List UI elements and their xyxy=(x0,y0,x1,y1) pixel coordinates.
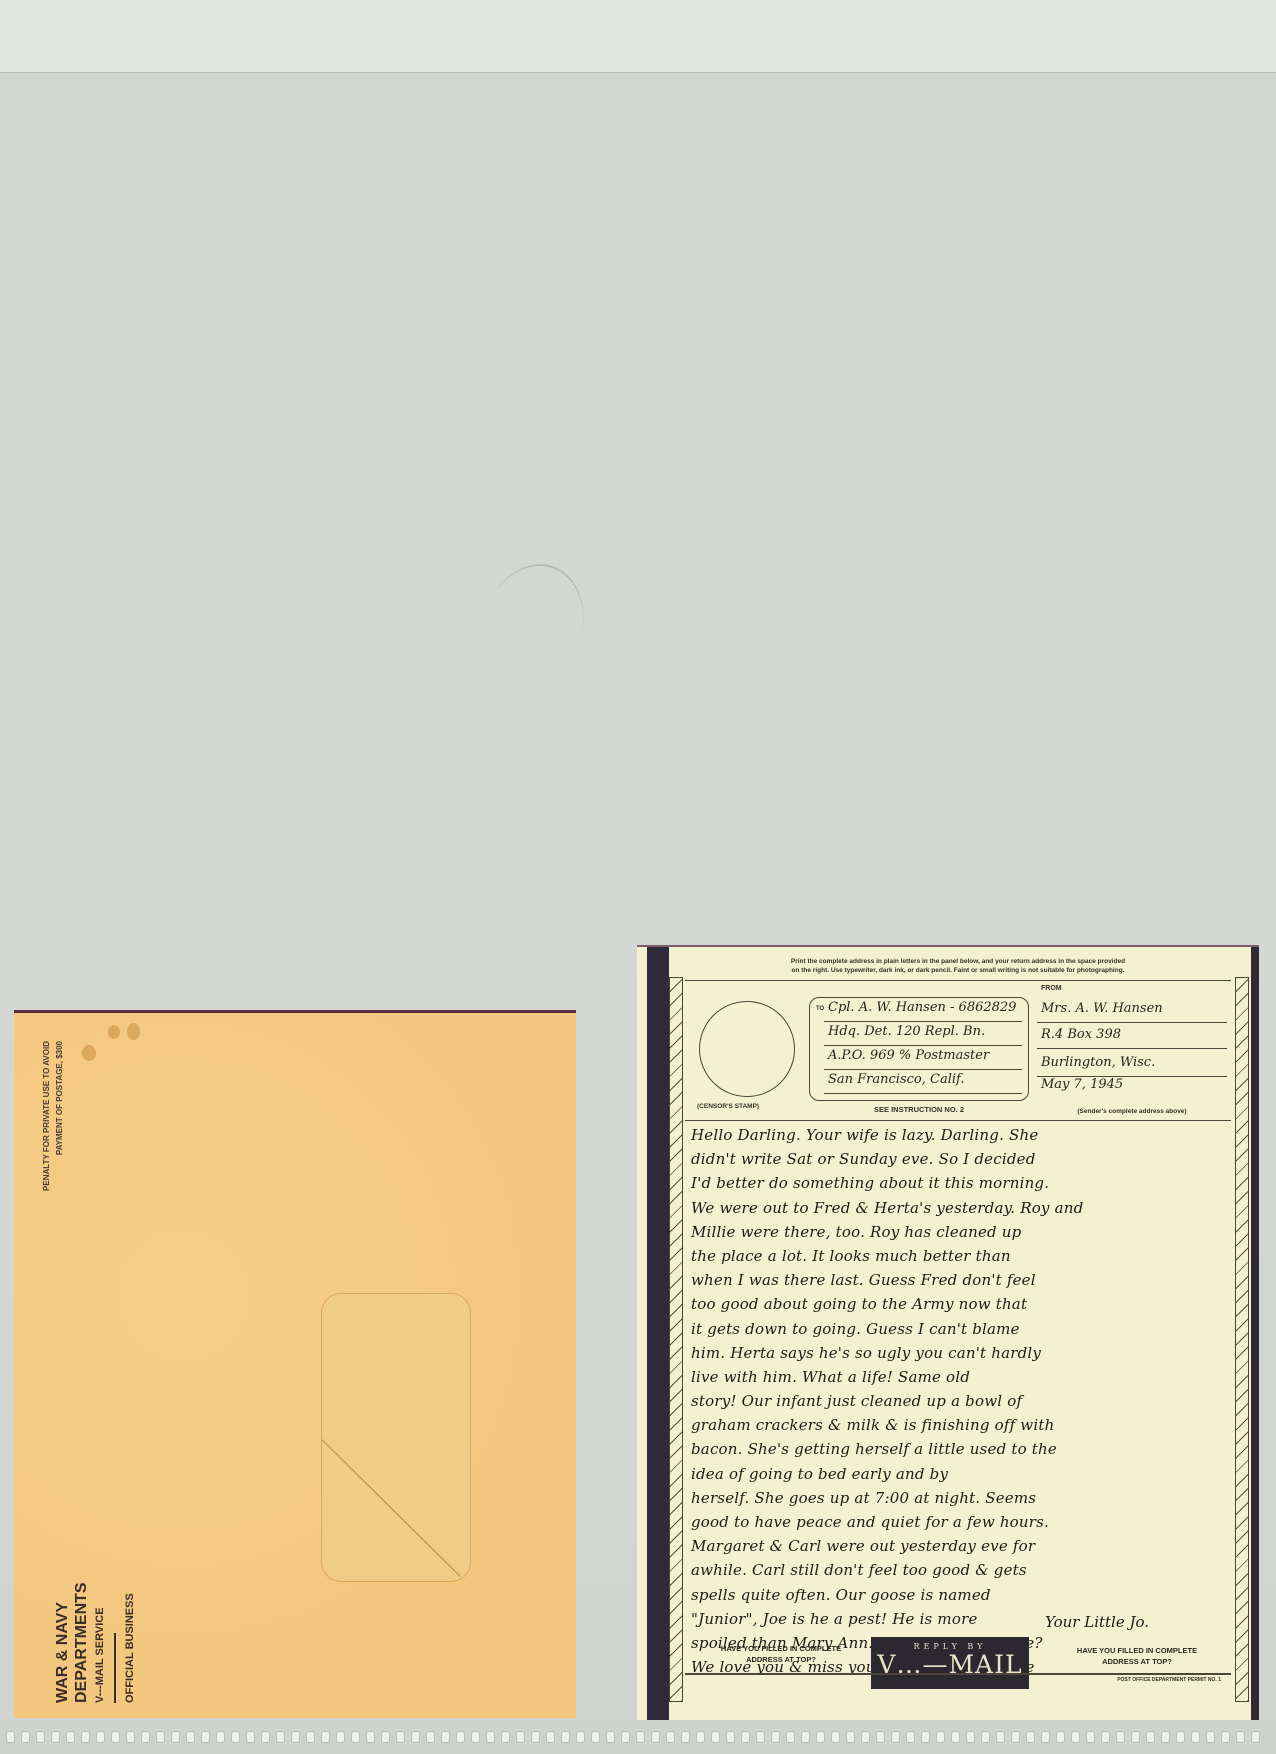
binder-hole xyxy=(696,1731,705,1743)
stain-mark xyxy=(127,1023,140,1040)
letter-line: didn't write Sat or Sunday eve. So I dec… xyxy=(685,1147,1231,1171)
printing-instructions: Print the complete address in plain lett… xyxy=(685,957,1231,981)
see-instruction-label: SEE INSTRUCTION NO. 2 xyxy=(809,1105,1029,1114)
envelope-title-block: WAR & NAVY DEPARTMENTS V---MAIL SERVICE … xyxy=(54,1443,136,1703)
reply-by-vmail-logo: REPLY BY V…—MAIL xyxy=(871,1637,1029,1689)
letter-line: idea of going to bed early and by xyxy=(685,1462,1231,1486)
reply-by-label: REPLY BY xyxy=(871,1637,1029,1651)
binder-hole xyxy=(921,1731,930,1743)
binder-hole xyxy=(606,1731,615,1743)
binder-hole xyxy=(201,1731,210,1743)
handwritten-letter-body: Hello Darling. Your wife is lazy. Darlin… xyxy=(685,1123,1231,1623)
binder-hole xyxy=(1026,1731,1035,1743)
envelope-service-label: V---MAIL SERVICE xyxy=(92,1443,108,1703)
letter-line: herself. She goes up at 7:00 at night. S… xyxy=(685,1486,1231,1510)
binder-hole xyxy=(381,1731,390,1743)
letter-line: We were out to Fred & Herta's yesterday.… xyxy=(685,1196,1231,1220)
binder-hole xyxy=(1176,1731,1185,1743)
binder-hole xyxy=(666,1731,675,1743)
letter-line: the place a lot. It looks much better th… xyxy=(685,1244,1231,1268)
window-fold-line xyxy=(321,1439,460,1577)
letter-line: Margaret & Carl were out yesterday eve f… xyxy=(685,1534,1231,1558)
instructions-line-2: on the right. Use typewriter, dark ink, … xyxy=(685,966,1231,975)
letter-line: Millie were there, too. Roy has cleaned … xyxy=(685,1220,1231,1244)
binder-hole xyxy=(1206,1731,1215,1743)
binder-hole xyxy=(516,1731,525,1743)
vmail-wordmark: V…—MAIL xyxy=(871,1651,1029,1679)
scanner-top-edge xyxy=(0,0,1276,73)
binder-hole xyxy=(441,1731,450,1743)
binder-hole xyxy=(276,1731,285,1743)
footer-rule xyxy=(685,1673,1231,1675)
envelope-divider xyxy=(114,1633,116,1703)
binder-hole xyxy=(741,1731,750,1743)
to-label: TO xyxy=(816,1006,824,1012)
letter-line: him. Herta says he's so ugly you can't h… xyxy=(685,1341,1231,1365)
vmail-letter-sheet: Print the complete address in plain lett… xyxy=(637,945,1259,1720)
stain-mark xyxy=(108,1025,120,1039)
binder-hole-strip xyxy=(0,1720,1276,1754)
binder-hole xyxy=(1251,1731,1260,1743)
binder-hole xyxy=(966,1731,975,1743)
binder-hole xyxy=(36,1731,45,1743)
binder-hole xyxy=(711,1731,720,1743)
binder-hole xyxy=(936,1731,945,1743)
binder-hole xyxy=(756,1731,765,1743)
binder-hole xyxy=(801,1731,810,1743)
binder-hole xyxy=(171,1731,180,1743)
binder-hole xyxy=(546,1731,555,1743)
censor-stamp-circle xyxy=(699,1001,795,1097)
binder-hole xyxy=(216,1731,225,1743)
binder-hole xyxy=(771,1731,780,1743)
stain-mark xyxy=(82,1045,96,1061)
binder-hole xyxy=(66,1731,75,1743)
recipient-unit: Hdq. Det. 120 Repl. Bn. xyxy=(824,1024,1022,1046)
binder-hole xyxy=(561,1731,570,1743)
binder-hole xyxy=(96,1731,105,1743)
letter-line: awhile. Carl still don't feel too good &… xyxy=(685,1558,1231,1582)
binder-hole xyxy=(321,1731,330,1743)
binder-hole xyxy=(831,1731,840,1743)
sender-address-note: (Sender's complete address above) xyxy=(1037,1108,1227,1115)
address-reminder-left: HAVE YOU FILLED IN COMPLETE ADDRESS AT T… xyxy=(691,1643,871,1665)
letter-line: good to have peace and quiet for a few h… xyxy=(685,1510,1231,1534)
reminder-line-1: HAVE YOU FILLED IN COMPLETE xyxy=(1047,1645,1227,1656)
binder-hole xyxy=(1011,1731,1020,1743)
recipient-city: San Francisco, Calif. xyxy=(824,1072,1022,1094)
recipient-name: Cpl. A. W. Hansen - 6862829 xyxy=(824,1000,1022,1022)
binder-hole xyxy=(1146,1731,1155,1743)
penalty-notice: PENALTY FOR PRIVATE USE TO AVOID PAYMENT… xyxy=(40,1041,76,1261)
sheet-right-dark-border xyxy=(1251,947,1259,1722)
binder-hole xyxy=(21,1731,30,1743)
sender-route: R.4 Box 398 xyxy=(1037,1027,1227,1049)
official-business-label: OFFICIAL BUSINESS xyxy=(124,1443,136,1703)
binder-hole xyxy=(291,1731,300,1743)
binder-hole xyxy=(426,1731,435,1743)
binder-hole xyxy=(186,1731,195,1743)
binder-hole xyxy=(591,1731,600,1743)
binder-hole xyxy=(531,1731,540,1743)
binder-hole xyxy=(501,1731,510,1743)
binder-hole xyxy=(111,1731,120,1743)
sleeve-scratch-mark xyxy=(480,551,600,658)
letter-line: when I was there last. Guess Fred don't … xyxy=(685,1268,1231,1292)
address-reminder-right: HAVE YOU FILLED IN COMPLETE ADDRESS AT T… xyxy=(1047,1645,1227,1667)
binder-hole xyxy=(576,1731,585,1743)
binder-hole xyxy=(1131,1731,1140,1743)
binder-hole xyxy=(456,1731,465,1743)
binder-hole xyxy=(1161,1731,1170,1743)
binder-hole xyxy=(51,1731,60,1743)
hatched-margin-right xyxy=(1235,977,1249,1702)
letter-line: too good about going to the Army now tha… xyxy=(685,1292,1231,1316)
letter-line: graham crackers & milk & is finishing of… xyxy=(685,1413,1231,1437)
recipient-apo: A.P.O. 969 % Postmaster xyxy=(824,1048,1022,1070)
penalty-line-1: PENALTY FOR PRIVATE USE TO AVOID xyxy=(40,1041,53,1261)
binder-hole xyxy=(81,1731,90,1743)
binder-hole xyxy=(261,1731,270,1743)
sheet-left-dark-border xyxy=(647,947,669,1722)
reminder-line-1: HAVE YOU FILLED IN COMPLETE xyxy=(691,1643,871,1654)
reminder-line-2: ADDRESS AT TOP? xyxy=(691,1654,871,1665)
recipient-address-box: TO Cpl. A. W. Hansen - 6862829 Hdq. Det.… xyxy=(809,997,1029,1101)
hatched-margin-left xyxy=(669,977,683,1702)
envelope-title-line-1: WAR & NAVY xyxy=(54,1443,72,1703)
binder-hole xyxy=(951,1731,960,1743)
penalty-line-2: PAYMENT OF POSTAGE, $300 xyxy=(53,1041,66,1261)
letter-date: May 7, 1945 xyxy=(1037,1077,1227,1099)
binder-hole xyxy=(621,1731,630,1743)
letter-line: bacon. She's getting herself a little us… xyxy=(685,1437,1231,1461)
binder-hole xyxy=(336,1731,345,1743)
letter-line: it gets down to going. Guess I can't bla… xyxy=(685,1317,1231,1341)
binder-hole xyxy=(906,1731,915,1743)
letter-line: Hello Darling. Your wife is lazy. Darlin… xyxy=(685,1123,1231,1147)
binder-hole xyxy=(126,1731,135,1743)
binder-hole xyxy=(1086,1731,1095,1743)
address-header: (CENSOR'S STAMP) TO Cpl. A. W. Hansen - … xyxy=(685,981,1231,1121)
envelope-title-line-2: DEPARTMENTS xyxy=(72,1443,92,1703)
binder-hole xyxy=(876,1731,885,1743)
binder-hole xyxy=(1056,1731,1065,1743)
binder-hole xyxy=(786,1731,795,1743)
binder-hole xyxy=(1071,1731,1080,1743)
letter-line: story! Our infant just cleaned up a bowl… xyxy=(685,1389,1231,1413)
from-label: FROM xyxy=(1041,985,1062,992)
vmail-envelope: PENALTY FOR PRIVATE USE TO AVOID PAYMENT… xyxy=(14,1010,576,1718)
binder-hole xyxy=(231,1731,240,1743)
permit-number: POST OFFICE DEPARTMENT PERMIT NO. 1 xyxy=(1117,1677,1221,1683)
sender-name: Mrs. A. W. Hansen xyxy=(1037,1001,1227,1023)
binder-hole xyxy=(891,1731,900,1743)
binder-hole xyxy=(156,1731,165,1743)
binder-hole xyxy=(1041,1731,1050,1743)
vmail-footer: HAVE YOU FILLED IN COMPLETE ADDRESS AT T… xyxy=(685,1617,1231,1717)
binder-hole xyxy=(1191,1731,1200,1743)
letter-line: spells quite often. Our goose is named xyxy=(685,1583,1231,1607)
binder-hole xyxy=(861,1731,870,1743)
binder-hole xyxy=(6,1731,15,1743)
binder-hole xyxy=(996,1731,1005,1743)
envelope-address-window xyxy=(321,1293,471,1582)
binder-hole xyxy=(846,1731,855,1743)
binder-hole xyxy=(471,1731,480,1743)
binder-hole xyxy=(816,1731,825,1743)
censor-stamp-label: (CENSOR'S STAMP) xyxy=(697,1103,759,1110)
letter-line: live with him. What a life! Same old xyxy=(685,1365,1231,1389)
sender-city: Burlington, Wisc. xyxy=(1037,1055,1227,1077)
binder-hole xyxy=(351,1731,360,1743)
instructions-line-1: Print the complete address in plain lett… xyxy=(685,957,1231,966)
binder-hole xyxy=(306,1731,315,1743)
binder-hole xyxy=(726,1731,735,1743)
reminder-line-2: ADDRESS AT TOP? xyxy=(1047,1656,1227,1667)
binder-hole xyxy=(141,1731,150,1743)
letter-signature: Your Little Jo. xyxy=(1045,1613,1149,1631)
binder-hole xyxy=(636,1731,645,1743)
binder-hole xyxy=(1236,1731,1245,1743)
binder-hole xyxy=(411,1731,420,1743)
binder-hole xyxy=(681,1731,690,1743)
letter-line: I'd better do something about it this mo… xyxy=(685,1171,1231,1195)
binder-hole xyxy=(981,1731,990,1743)
binder-hole xyxy=(651,1731,660,1743)
binder-hole xyxy=(1221,1731,1230,1743)
binder-hole xyxy=(366,1731,375,1743)
binder-hole xyxy=(246,1731,255,1743)
sender-address-block: Mrs. A. W. Hansen R.4 Box 398 Burlington… xyxy=(1037,997,1227,1107)
binder-hole xyxy=(396,1731,405,1743)
binder-hole xyxy=(1101,1731,1110,1743)
binder-hole xyxy=(1116,1731,1125,1743)
binder-hole xyxy=(486,1731,495,1743)
